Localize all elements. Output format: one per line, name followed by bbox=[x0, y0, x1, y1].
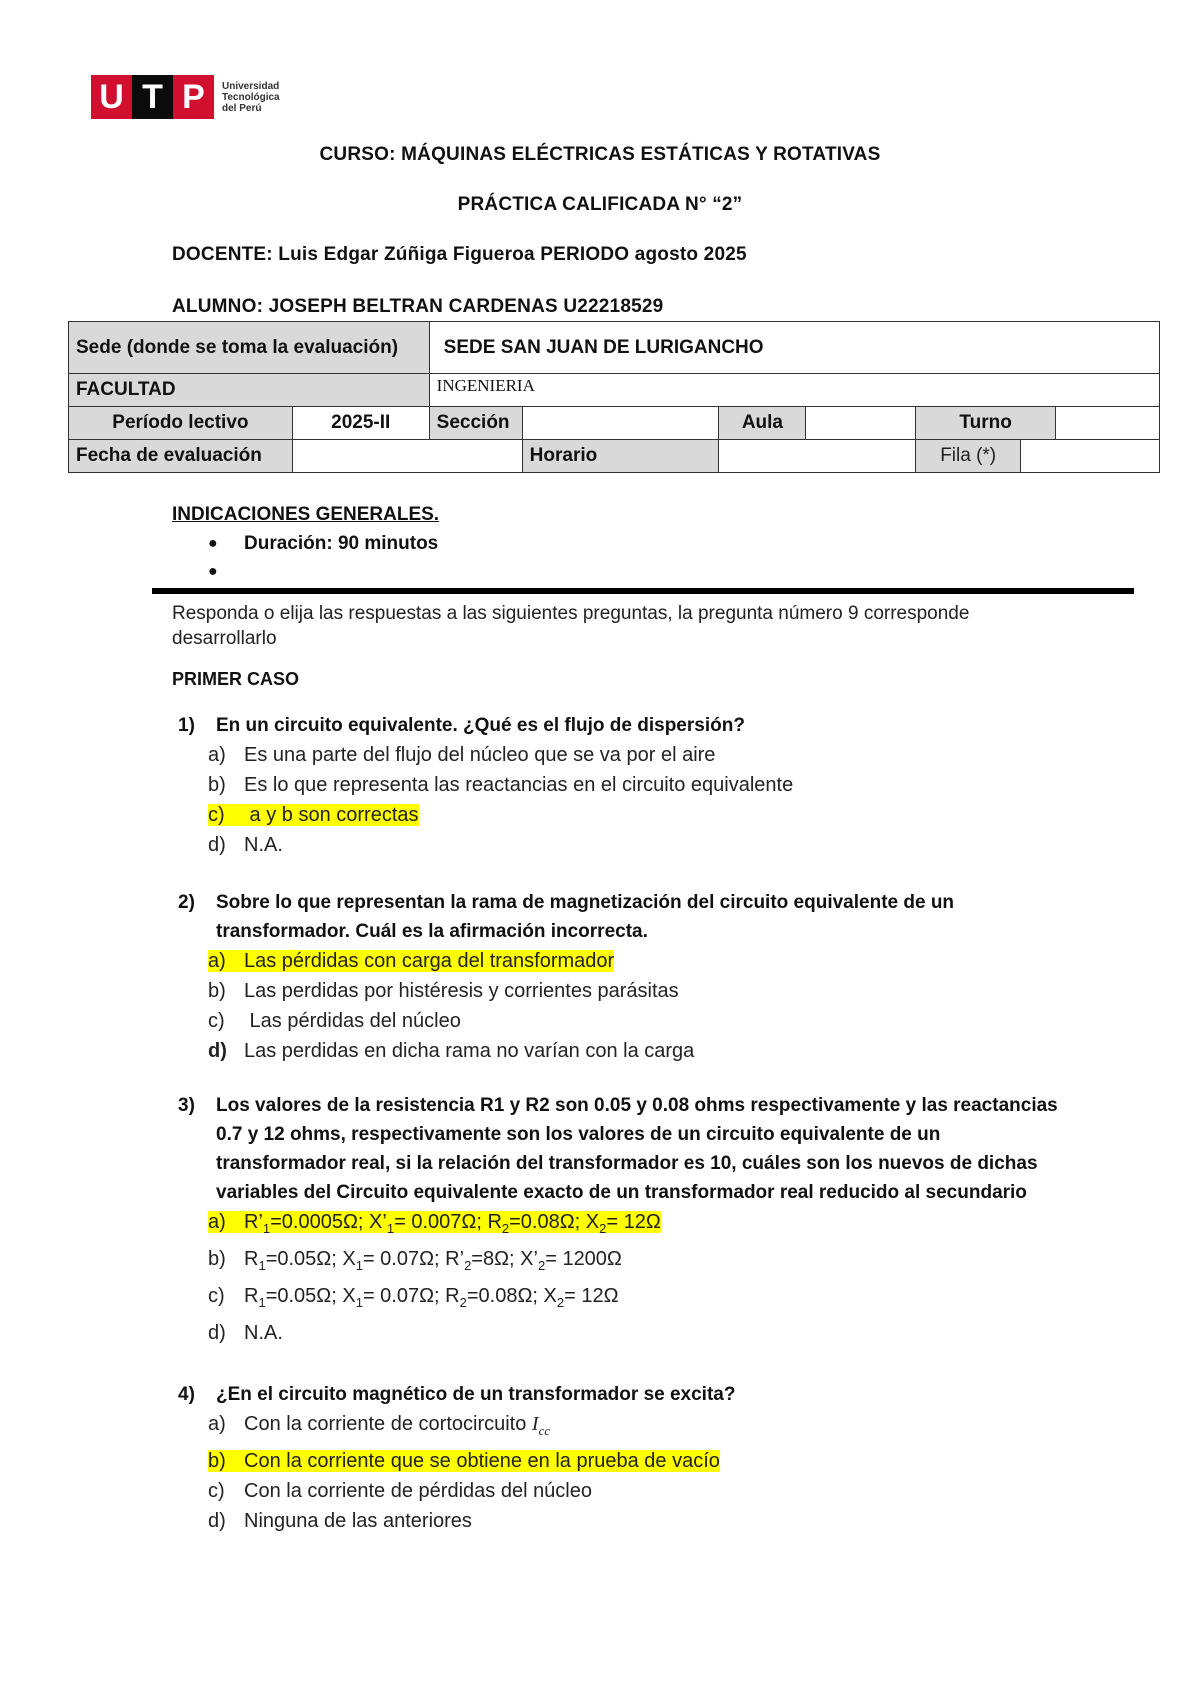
option-text: Las perdidas por histéresis y corrientes… bbox=[244, 980, 679, 1002]
option-text: Ninguna de las anteriores bbox=[244, 1510, 472, 1532]
highlighted-answer: a)R’1=0.0005Ω; X’1= 0.007Ω; R2=0.08Ω; X2… bbox=[208, 1211, 661, 1233]
exam-info-table: Sede (donde se toma la evaluación) SEDE … bbox=[68, 321, 1160, 473]
option-label: b) bbox=[208, 1446, 244, 1476]
question-title: 3)Los valores de la resistencia R1 y R2 … bbox=[178, 1091, 1066, 1207]
option-label: b) bbox=[208, 976, 244, 1006]
answer-option[interactable]: c) Las pérdidas del núcleo bbox=[208, 1006, 1066, 1036]
option-text: Con la corriente de cortocircuito bbox=[244, 1413, 532, 1435]
section-divider bbox=[152, 588, 1134, 594]
answer-option[interactable]: c)Con la corriente de pérdidas del núcle… bbox=[208, 1476, 1066, 1506]
question-number: 1) bbox=[178, 711, 216, 740]
answer-content: b)R1=0.05Ω; X1= 0.07Ω; R’2=8Ω; X’2= 1200… bbox=[208, 1248, 622, 1270]
course-title: CURSO: MÁQUINAS ELÉCTRICAS ESTÁTICAS Y R… bbox=[0, 144, 1200, 166]
answer-content: c)R1=0.05Ω; X1= 0.07Ω; R2=0.08Ω; X2= 12Ω bbox=[208, 1285, 619, 1307]
formula-term: R1=0.05Ω; bbox=[244, 1248, 342, 1270]
fecha-label: Fecha de evaluación bbox=[69, 440, 293, 473]
option-label: c) bbox=[208, 1476, 244, 1506]
option-text: Las pérdidas del núcleo bbox=[244, 1010, 461, 1032]
formula-term: R’2=8Ω; bbox=[445, 1248, 520, 1270]
bullet-icon: ● bbox=[208, 563, 244, 581]
answer-option[interactable]: b)R1=0.05Ω; X1= 0.07Ω; R’2=8Ω; X’2= 1200… bbox=[208, 1244, 1066, 1281]
option-label: b) bbox=[208, 770, 244, 800]
highlighted-answer: a)Las pérdidas con carga del transformad… bbox=[208, 950, 614, 972]
option-label: a) bbox=[208, 740, 244, 770]
periodo-value: 2025-II bbox=[292, 407, 429, 440]
answer-content: a)Con la corriente de cortocircuito Icc bbox=[208, 1413, 550, 1435]
question-title: 1)En un circuito equivalente. ¿Qué es el… bbox=[178, 711, 1066, 740]
formula-term: X2= 12Ω bbox=[544, 1285, 619, 1307]
answer-option[interactable]: b)Las perdidas por histéresis y corrient… bbox=[208, 976, 1066, 1006]
option-label: c) bbox=[208, 1281, 244, 1311]
formula-term: X1= 0.07Ω; bbox=[342, 1248, 445, 1270]
answer-content: c) Las pérdidas del núcleo bbox=[208, 1010, 461, 1032]
options-list: a)R’1=0.0005Ω; X’1= 0.007Ω; R2=0.08Ω; X2… bbox=[208, 1207, 1066, 1348]
answer-content: c)Con la corriente de pérdidas del núcle… bbox=[208, 1480, 592, 1502]
facultad-value: INGENIERIA bbox=[429, 374, 1159, 407]
formula-term: R’1=0.0005Ω; bbox=[244, 1211, 369, 1233]
option-label: d) bbox=[208, 830, 244, 860]
indication-item: ●Duración: 90 minutos bbox=[208, 530, 438, 558]
formula-term: X’1= 0.007Ω; bbox=[369, 1211, 487, 1233]
option-label: c) bbox=[208, 800, 244, 830]
question-3: 3)Los valores de la resistencia R1 y R2 … bbox=[178, 1091, 1066, 1348]
answer-option[interactable]: a)Es una parte del flujo del núcleo que … bbox=[208, 740, 1066, 770]
answer-content: b)Las perdidas por histéresis y corrient… bbox=[208, 980, 679, 1002]
question-title: 2)Sobre lo que representan la rama de ma… bbox=[178, 888, 1066, 946]
formula-term: X’2= 1200Ω bbox=[520, 1248, 622, 1270]
question-number: 2) bbox=[178, 888, 216, 946]
formula-term: R2=0.08Ω; bbox=[487, 1211, 585, 1233]
answer-content: d)Las perdidas en dicha rama no varían c… bbox=[208, 1040, 694, 1062]
bullet-icon: ● bbox=[208, 535, 244, 553]
indication-item: ● bbox=[208, 558, 438, 586]
answer-option[interactable]: b)Es lo que representa las reactancias e… bbox=[208, 770, 1066, 800]
option-text: Es una parte del flujo del núcleo que se… bbox=[244, 744, 715, 766]
option-text: Las pérdidas con carga del transformador bbox=[244, 950, 614, 972]
fecha-field[interactable] bbox=[292, 440, 522, 473]
turno-label: Turno bbox=[916, 407, 1056, 440]
question-number: 3) bbox=[178, 1091, 216, 1207]
option-label: d) bbox=[208, 1036, 244, 1066]
teacher-line: DOCENTE: Luis Edgar Zúñiga Figueroa PERI… bbox=[172, 244, 747, 266]
option-label: b) bbox=[208, 1244, 244, 1274]
logo-text-line: del Perú bbox=[222, 103, 280, 114]
answer-content: b)Es lo que representa las reactancias e… bbox=[208, 774, 793, 796]
case-title: PRIMER CASO bbox=[172, 669, 299, 690]
option-text: Con la corriente que se obtiene en la pr… bbox=[244, 1450, 720, 1472]
question-1: 1)En un circuito equivalente. ¿Qué es el… bbox=[178, 711, 1066, 860]
exam-title: PRÁCTICA CALIFICADA N° “2” bbox=[0, 194, 1200, 216]
fila-field[interactable] bbox=[1021, 440, 1160, 473]
highlighted-answer: b)Con la corriente que se obtiene en la … bbox=[208, 1450, 720, 1472]
answer-option[interactable]: a)Las pérdidas con carga del transformad… bbox=[208, 946, 1066, 976]
option-label: c) bbox=[208, 1006, 244, 1036]
answer-option[interactable]: d)Las perdidas en dicha rama no varían c… bbox=[208, 1036, 1066, 1066]
highlighted-answer: c) a y b son correctas bbox=[208, 804, 419, 826]
seccion-label: Sección bbox=[429, 407, 522, 440]
formula-term: X2= 12Ω bbox=[586, 1211, 661, 1233]
facultad-label: FACULTAD bbox=[69, 374, 430, 407]
option-label: a) bbox=[208, 1409, 244, 1439]
sede-value: SEDE SAN JUAN DE LURIGANCHO bbox=[429, 322, 1159, 374]
logo-letter-p: P bbox=[173, 75, 214, 119]
answer-option[interactable]: a)R’1=0.0005Ω; X’1= 0.007Ω; R2=0.08Ω; X2… bbox=[208, 1207, 1066, 1244]
indications-list: ●Duración: 90 minutos ● bbox=[208, 530, 438, 586]
option-text: a y b son correctas bbox=[244, 804, 419, 826]
question-text: Sobre lo que representan la rama de magn… bbox=[216, 888, 1066, 946]
instructions-text: Responda o elija las respuestas a las si… bbox=[172, 601, 1072, 651]
formula-term: X1= 0.07Ω; bbox=[342, 1285, 445, 1307]
indications-title: INDICACIONES GENERALES. bbox=[172, 504, 439, 526]
answer-content: a)Es una parte del flujo del núcleo que … bbox=[208, 744, 715, 766]
question-number: 4) bbox=[178, 1380, 216, 1409]
options-list: a)Las pérdidas con carga del transformad… bbox=[208, 946, 1066, 1066]
answer-option[interactable]: c) a y b son correctas bbox=[208, 800, 1066, 830]
utp-logo: U T P Universidad Tecnológica del Perú bbox=[91, 75, 280, 119]
option-label: a) bbox=[208, 946, 244, 976]
logo-text-line: Tecnológica bbox=[222, 92, 280, 103]
option-label: a) bbox=[208, 1207, 244, 1237]
formula-term: R1=0.05Ω; bbox=[244, 1285, 342, 1307]
question-text: ¿En el circuito magnético de un transfor… bbox=[216, 1380, 1066, 1409]
question-text: Los valores de la resistencia R1 y R2 so… bbox=[216, 1091, 1066, 1207]
horario-label: Horario bbox=[522, 440, 719, 473]
aula-field[interactable] bbox=[806, 407, 916, 440]
indication-text: Duración: 90 minutos bbox=[244, 533, 438, 555]
option-text: Es lo que representa las reactancias en … bbox=[244, 774, 793, 796]
periodo-label: Período lectivo bbox=[69, 407, 293, 440]
seccion-field[interactable] bbox=[522, 407, 719, 440]
option-label: d) bbox=[208, 1506, 244, 1536]
answer-option[interactable]: d)N.A. bbox=[208, 830, 1066, 860]
current-symbol: Icc bbox=[532, 1413, 550, 1435]
question-2: 2)Sobre lo que representan la rama de ma… bbox=[178, 888, 1066, 1066]
logo-text-line: Universidad bbox=[222, 81, 280, 92]
answer-option[interactable]: d)N.A. bbox=[208, 1318, 1066, 1348]
student-line: ALUMNO: JOSEPH BELTRAN CARDENAS U2221852… bbox=[172, 296, 663, 318]
logo-letter-t: T bbox=[132, 75, 173, 119]
option-text: N.A. bbox=[244, 834, 283, 856]
option-label: d) bbox=[208, 1318, 244, 1348]
answer-content: d)N.A. bbox=[208, 1322, 283, 1344]
option-text: N.A. bbox=[244, 1322, 283, 1344]
option-text: Con la corriente de pérdidas del núcleo bbox=[244, 1480, 592, 1502]
question-text: En un circuito equivalente. ¿Qué es el f… bbox=[216, 711, 1066, 740]
sede-label: Sede (donde se toma la evaluación) bbox=[69, 322, 430, 374]
logo-mark: U T P bbox=[91, 75, 214, 119]
aula-label: Aula bbox=[719, 407, 806, 440]
fila-label: Fila (*) bbox=[916, 440, 1021, 473]
options-list: a)Con la corriente de cortocircuito Iccb… bbox=[208, 1409, 1066, 1536]
answer-option[interactable]: b)Con la corriente que se obtiene en la … bbox=[208, 1446, 1066, 1476]
logo-letter-u: U bbox=[91, 75, 132, 119]
formula-term: R2=0.08Ω; bbox=[445, 1285, 543, 1307]
answer-content: d)Ninguna de las anteriores bbox=[208, 1510, 472, 1532]
answer-option[interactable]: d)Ninguna de las anteriores bbox=[208, 1506, 1066, 1536]
question-4: 4)¿En el circuito magnético de un transf… bbox=[178, 1380, 1066, 1536]
logo-wordmark: Universidad Tecnológica del Perú bbox=[222, 81, 280, 114]
question-title: 4)¿En el circuito magnético de un transf… bbox=[178, 1380, 1066, 1409]
option-text: Las perdidas en dicha rama no varían con… bbox=[244, 1040, 694, 1062]
turno-field[interactable] bbox=[1056, 407, 1160, 440]
answer-option[interactable]: a)Con la corriente de cortocircuito Icc bbox=[208, 1409, 1066, 1446]
answer-content: d)N.A. bbox=[208, 834, 283, 856]
answer-option[interactable]: c)R1=0.05Ω; X1= 0.07Ω; R2=0.08Ω; X2= 12Ω bbox=[208, 1281, 1066, 1318]
horario-field[interactable] bbox=[719, 440, 916, 473]
options-list: a)Es una parte del flujo del núcleo que … bbox=[208, 740, 1066, 860]
